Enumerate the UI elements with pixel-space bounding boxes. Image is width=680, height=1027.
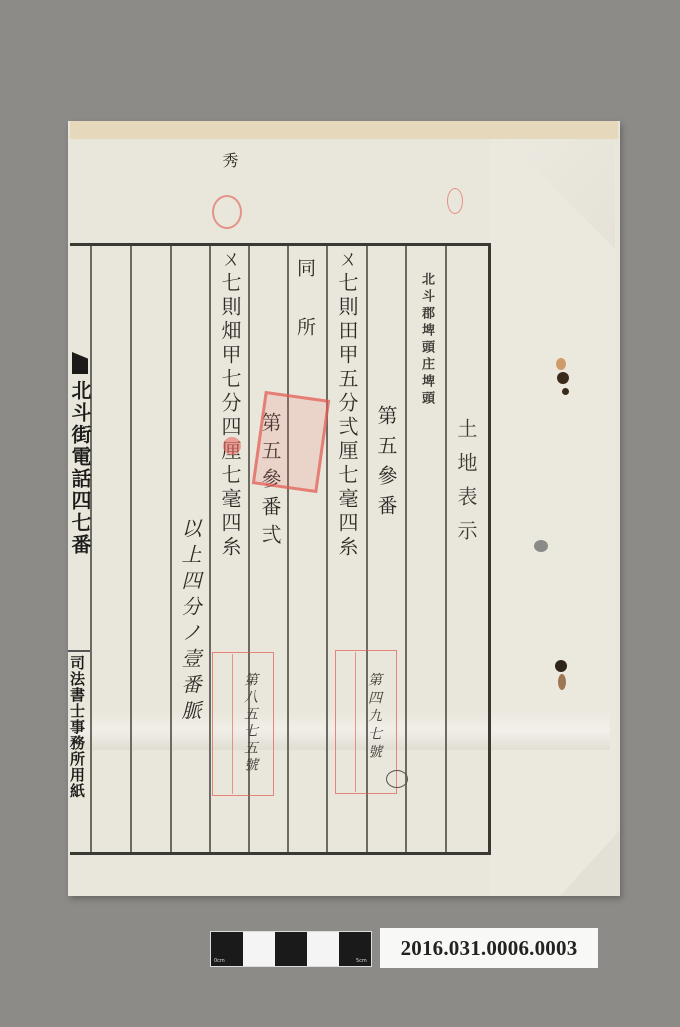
seal-circle-stamp: [212, 195, 242, 229]
registration-stamp-right-divider: [355, 652, 356, 792]
stain-mark: [557, 372, 569, 384]
ink-correction-mark: [223, 437, 241, 455]
same-place-label: 同所: [292, 258, 319, 376]
parcel-2-land-description: ㄨ七則畑甲七分四厘七毫四糸: [216, 248, 245, 560]
scale-left-label: 0cm: [214, 958, 225, 964]
grid-line: [445, 246, 447, 852]
stain-mark: [556, 358, 566, 370]
margin-signature: 秀: [218, 152, 241, 174]
grid-line: [405, 246, 407, 852]
sidebar-office-text: 北斗街電話四七番: [66, 380, 95, 630]
square-seal-stamp: [252, 391, 330, 493]
paper-top-edge: [70, 121, 618, 139]
stain-mark: [562, 388, 569, 395]
location-printed: 北斗郡埤頭庄埤頭: [417, 272, 436, 408]
summary-note: 以上四分ノ壹番脈: [176, 518, 205, 726]
stain-mark: [555, 660, 567, 672]
ink-circle-mark: [386, 770, 408, 788]
parcel-1-land-description: ㄨ七則田甲五分弍厘七毫四糸: [333, 248, 362, 560]
sidebar-divider: [68, 650, 90, 652]
grid-right-border: [488, 243, 491, 855]
form-title: 土地表示: [452, 418, 481, 554]
grid-line: [170, 246, 172, 852]
grid-top-border: [70, 243, 491, 246]
registration-stamp-left-divider: [232, 654, 233, 794]
registration-number-right: 第四九七號: [364, 672, 384, 762]
seal-small-stamp: [447, 188, 463, 214]
grid-line: [326, 246, 328, 852]
sidebar-printer-text: 司法書士事務所用紙: [67, 655, 88, 855]
registration-number-left: 第八五七五號: [240, 672, 260, 774]
color-scale-bar: [210, 931, 372, 967]
grid-line: [287, 246, 289, 852]
stain-mark: [558, 674, 566, 690]
scale-right-label: 5cm: [356, 958, 367, 964]
grid-bottom-border: [70, 852, 491, 855]
grid-line: [209, 246, 211, 852]
grid-line: [130, 246, 132, 852]
stain-mark: [534, 540, 548, 552]
catalog-number-label: 2016.031.0006.0003: [380, 928, 598, 968]
parcel-1-number: 第五參番: [372, 405, 401, 525]
paper-right-margin: [490, 139, 616, 896]
